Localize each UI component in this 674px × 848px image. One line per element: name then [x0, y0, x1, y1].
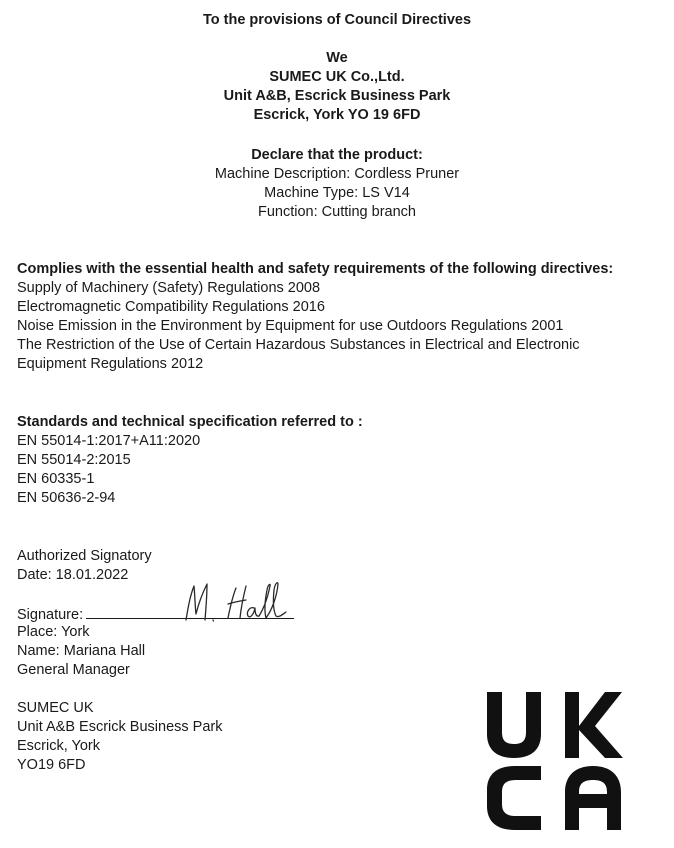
- standard-item: EN 60335-1: [17, 470, 363, 489]
- directives-heading: Complies with the essential health and s…: [17, 260, 613, 279]
- signatory-block: Authorized Signatory Date: 18.01.2022: [17, 547, 152, 585]
- directive-item: Electromagnetic Compatibility Regulation…: [17, 298, 613, 317]
- directive-item: Supply of Machinery (Safety) Regulations…: [17, 279, 613, 298]
- company-name: SUMEC UK Co.,Ltd.: [0, 68, 674, 87]
- standards-block: Standards and technical specification re…: [17, 413, 363, 508]
- address-line: SUMEC UK: [17, 699, 223, 718]
- standard-item: EN 55014-2:2015: [17, 451, 363, 470]
- signatory-title: Authorized Signatory: [17, 547, 152, 566]
- address-line: Escrick, York: [17, 737, 223, 756]
- signature-date: Date: 18.01.2022: [17, 566, 152, 585]
- we-label: We: [0, 49, 674, 68]
- directives-block: Complies with the essential health and s…: [17, 260, 613, 374]
- document-title: To the provisions of Council Directives: [0, 11, 674, 30]
- directive-item: Noise Emission in the Environment by Equ…: [17, 317, 613, 336]
- handwritten-signature: [180, 578, 300, 628]
- ukca-mark-icon: [485, 692, 625, 832]
- signature-label: Signature:: [17, 607, 83, 623]
- company-address-line2: Escrick, York YO 19 6FD: [0, 106, 674, 125]
- machine-type: Machine Type: LS V14: [0, 184, 674, 203]
- product-heading: Declare that the product:: [0, 146, 674, 165]
- signature-place: Place: York: [17, 623, 145, 642]
- signatory-details: Place: York Name: Mariana Hall General M…: [17, 623, 145, 680]
- address-line: Unit A&B Escrick Business Park: [17, 718, 223, 737]
- standard-item: EN 50636-2-94: [17, 489, 363, 508]
- directive-item: Equipment Regulations 2012: [17, 355, 613, 374]
- machine-description: Machine Description: Cordless Pruner: [0, 165, 674, 184]
- signatory-name: Name: Mariana Hall: [17, 642, 145, 661]
- directive-item: The Restriction of the Use of Certain Ha…: [17, 336, 613, 355]
- standards-heading: Standards and technical specification re…: [17, 413, 363, 432]
- product-block: Declare that the product: Machine Descri…: [0, 146, 674, 222]
- machine-function: Function: Cutting branch: [0, 203, 674, 222]
- standard-item: EN 55014-1:2017+A11:2020: [17, 432, 363, 451]
- signatory-position: General Manager: [17, 661, 145, 680]
- company-address-line1: Unit A&B, Escrick Business Park: [0, 87, 674, 106]
- declarant-block: We SUMEC UK Co.,Ltd. Unit A&B, Escrick B…: [0, 49, 674, 125]
- address-line: YO19 6FD: [17, 756, 223, 775]
- footer-address: SUMEC UK Unit A&B Escrick Business Park …: [17, 699, 223, 775]
